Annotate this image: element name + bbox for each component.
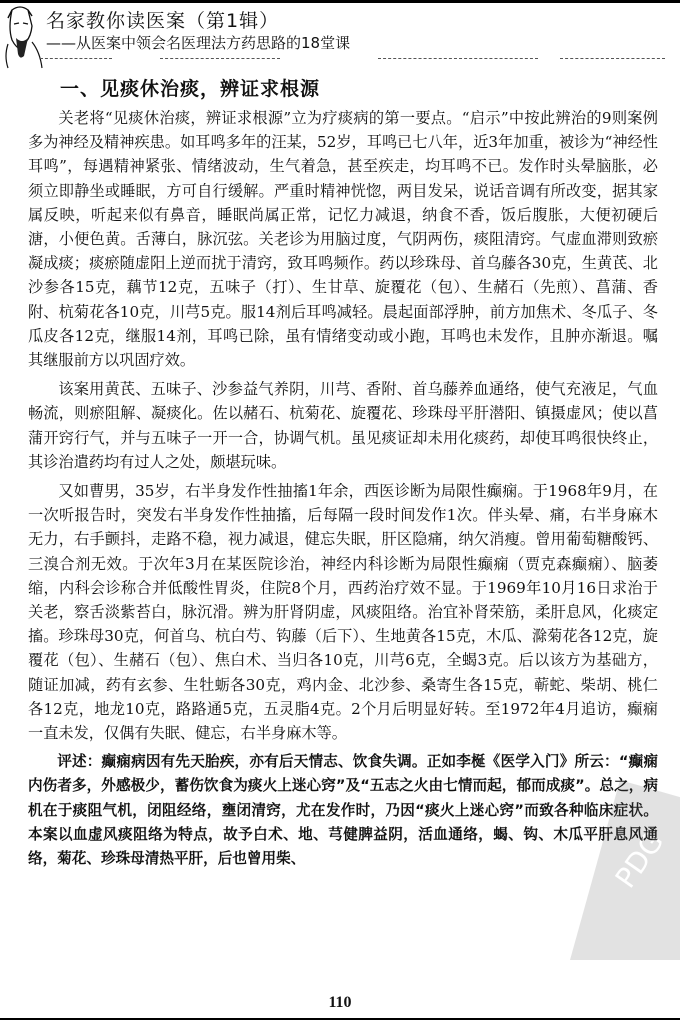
top-rule: [0, 0, 680, 3]
paragraph-commentary: 评述：癫痫病因有先天胎疾，亦有后天情志、饮食失调。正如李梴《医学入门》所云：“癫…: [28, 750, 658, 871]
page-body: 关老将“见痰休治痰，辨证求根源”立为疗痰病的第一要点。“启示”中按此辨治的9则案…: [28, 106, 658, 876]
paragraph-epilepsy-case: 又如曹男，35岁，右半身发作性抽搐1年余，西医诊断为局限性癫痫。于1968年9月…: [28, 479, 658, 745]
paragraph-analysis: 该案用黄芪、五味子、沙参益气养阴，川芎、香附、首乌藤养血通络，使气充液足，气血畅…: [28, 377, 658, 474]
book-subtitle: ——从医案中领会名医理法方药思路的18堂课: [46, 32, 350, 53]
header-dotted-rule: [378, 58, 538, 59]
header-dotted-rule: [40, 58, 112, 59]
section-heading: 一、见痰休治痰，辨证求根源: [60, 74, 320, 101]
header-dotted-rule: [160, 58, 280, 59]
header-dotted-rule: [560, 58, 665, 59]
page-number: 110: [0, 994, 680, 1012]
paragraph-tinnitus-case: 关老将“见痰休治痰，辨证求根源”立为疗痰病的第一要点。“启示”中按此辨治的9则案…: [28, 106, 658, 372]
scholar-portrait-icon: [2, 4, 44, 70]
bottom-rule: [0, 1018, 680, 1020]
book-title: 名家教你读医案（第1辑）: [46, 6, 279, 33]
